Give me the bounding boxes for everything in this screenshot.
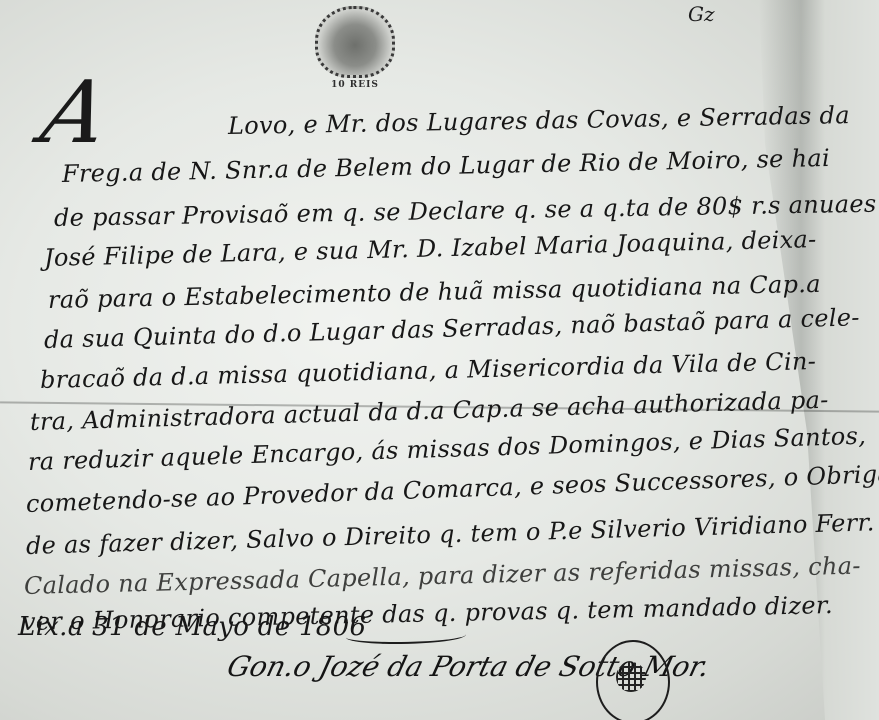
decorative-initial: A bbox=[35, 70, 115, 156]
coat-of-arms-icon bbox=[315, 6, 395, 78]
text-line-4: José Filipe de Lara, e sua Mr. D. Izabel… bbox=[44, 225, 817, 272]
signature-rubric-flourish bbox=[596, 640, 670, 720]
text-line-2: Freg.a de N. Snr.a de Belem do Lugar de … bbox=[62, 144, 830, 188]
text-line-7: bracaõ da d.a missa quotidiana, a Miseri… bbox=[40, 347, 817, 394]
date-underline-flourish bbox=[346, 628, 466, 644]
text-line-1: Lovo, e Mr. dos Lugares das Covas, e Ser… bbox=[228, 101, 850, 140]
text-line-11: de as fazer dizer, Salvo o Direito q. te… bbox=[26, 508, 875, 560]
text-line-3: de passar Provisaõ em q. se Declare q. s… bbox=[54, 189, 879, 232]
stamp-value: 10 REIS bbox=[303, 80, 407, 90]
manuscript-photo: 10 REIS Gz A Lovo, e Mr. dos Lugares das… bbox=[0, 0, 879, 720]
folio-mark: Gz bbox=[688, 2, 715, 26]
tax-stamp: 10 REIS bbox=[303, 6, 407, 98]
date-line: Lix.a 31 de Mayo de 1806 bbox=[18, 612, 366, 642]
